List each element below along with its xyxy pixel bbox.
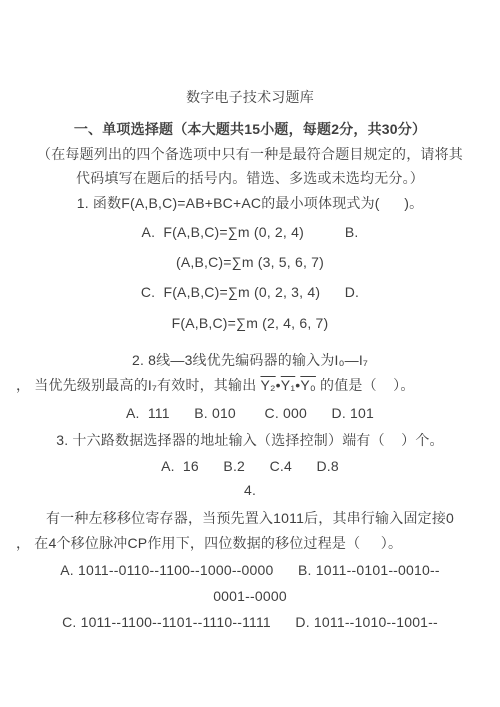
question-4-number: 4. — [0, 480, 500, 500]
overlined-term: Y₁ — [281, 377, 295, 393]
text-segment: 的值是（ ）。 — [316, 377, 415, 393]
document-page: 数字电子技术习题库一、单项选择题（本大题共15小题，每题2分，共30分）（在每题… — [0, 0, 500, 707]
overlined-term: Y₀ — [300, 377, 316, 393]
question-4-option-ab-1: A. 1011--0110--1100--1000--0000 B. 1011-… — [0, 560, 500, 580]
question-4-option-b-2: 0001--0000 — [0, 586, 500, 606]
question-1-option-cd-1: C. F(A,B,C)=∑m (0, 2, 3, 4) D. — [0, 282, 500, 302]
question-2-options: A. 111 B. 010 C. 000 D. 101 — [0, 403, 500, 423]
question-2-line-1: 2. 8线—3线优先编码器的输入为I₀—I₇ — [0, 350, 500, 370]
question-2-line-2: ， 当优先级别最高的I₇有效时，其输出 Y₂•Y₁•Y₀ 的值是（ ）。 — [0, 375, 500, 395]
question-4-option-cd: C. 1011--1100--1101--1110--1111 D. 1011-… — [0, 612, 500, 632]
overlined-term: Y₂ — [260, 377, 275, 393]
question-4-line-2: ， 在4个移位脉冲CP作用下，四位数据的移位过程是（ ）。 — [0, 533, 500, 553]
question-3: 3. 十六路数据选择器的地址输入（选择控制）端有（ ）个。 — [0, 430, 500, 450]
question-1-option-d-2: F(A,B,C)=∑m (2, 4, 6, 7) — [0, 313, 500, 333]
section-heading: 一、单项选择题（本大题共15小题，每题2分，共30分） — [0, 119, 500, 139]
question-1: 1. 函数F(A,B,C)=AB+BC+AC的最小项体现式为( )。 — [0, 193, 500, 213]
question-1-option-b-2: (A,B,C)=∑m (3, 5, 6, 7) — [0, 252, 500, 272]
text-segment: ， 当优先级别最高的I₇有效时，其输出 — [16, 377, 260, 393]
question-4-line-1: 有一种左移移位寄存器，当预先置入1011后，其串行输入固定接0 — [0, 508, 500, 528]
section-note-1: （在每题列出的四个备选项中只有一种是最符合题目规定的，请将其 — [0, 144, 500, 164]
question-1-option-ab-1: A. F(A,B,C)=∑m (0, 2, 4) B. — [0, 222, 500, 242]
document-lines: 数字电子技术习题库一、单项选择题（本大题共15小题，每题2分，共30分）（在每题… — [0, 87, 500, 632]
section-note-2: 代码填写在题后的括号内。错选、多选或未选均无分。） — [0, 168, 500, 188]
document-title: 数字电子技术习题库 — [0, 87, 500, 107]
question-3-options: A. 16 B.2 C.4 D.8 — [0, 456, 500, 476]
